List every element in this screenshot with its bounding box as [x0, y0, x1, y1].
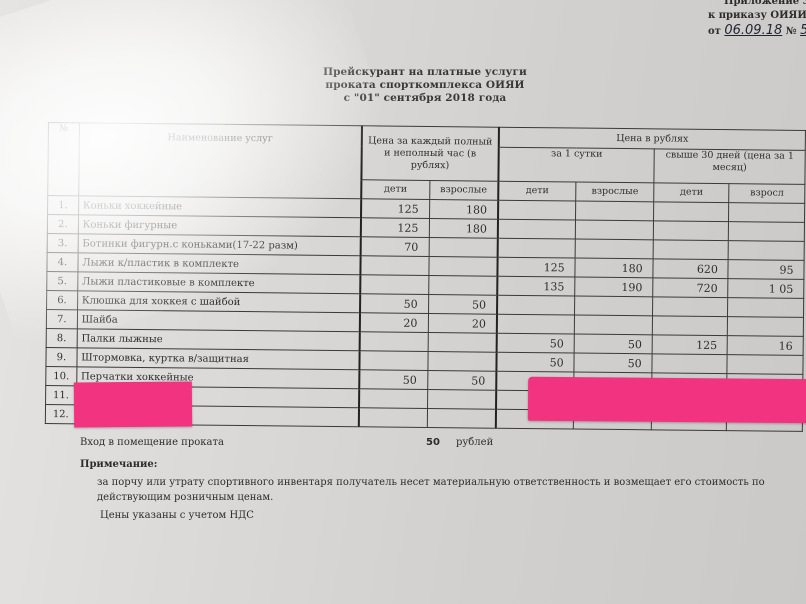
- row-number: 4.: [47, 252, 78, 271]
- month-children-price: 620: [653, 259, 728, 279]
- sticky-note-right: [528, 377, 806, 424]
- row-number: 11.: [46, 385, 77, 404]
- hourly-adults-price: 180: [429, 218, 498, 238]
- hourly-children-price: [359, 389, 427, 409]
- note-heading: Примечание:: [80, 459, 158, 470]
- day-adults-price: [575, 239, 653, 259]
- hourly-adults-price: [429, 237, 498, 257]
- title-line-3: с "01" сентября 2018 года: [300, 92, 550, 105]
- row-number: 1.: [48, 196, 79, 215]
- hourly-adults-price: 50: [427, 370, 496, 390]
- entry-label: Вход в помещение проката: [80, 437, 224, 448]
- row-number: 2.: [47, 215, 78, 234]
- hourly-children-price: [359, 351, 427, 371]
- hourly-children-price: [359, 408, 427, 428]
- day-adults-price: [575, 220, 653, 240]
- month-adults-price: [729, 241, 805, 261]
- entry-fee: Вход в помещение проката 50 рублей: [80, 437, 510, 448]
- row-number: 9.: [46, 347, 77, 366]
- approval-order: к приказу ОИЯИ: [708, 8, 806, 23]
- hourly-children-price: 50: [359, 370, 427, 390]
- hourly-adults-price: [428, 256, 497, 276]
- day-adults-price: 180: [575, 258, 653, 278]
- day-children-price: 135: [497, 276, 575, 296]
- day-children-price: [497, 295, 575, 315]
- month-adults-price: [729, 203, 805, 223]
- hourly-children-price: [360, 332, 428, 352]
- day-children-price: [498, 200, 576, 220]
- month-adults-price: 16: [728, 336, 804, 356]
- vat-note: Цены указаны с учетом НДС: [100, 510, 254, 521]
- entry-value: 50: [426, 437, 440, 448]
- header-no: №: [48, 123, 79, 196]
- month-children-price: [653, 240, 728, 260]
- header-day-adults: взрослые: [576, 182, 654, 202]
- approval-number: 55: [800, 23, 806, 38]
- month-children-price: [652, 316, 727, 336]
- hourly-adults-price: [428, 275, 497, 295]
- month-children-price: 720: [653, 278, 728, 298]
- day-adults-price: 50: [574, 334, 652, 354]
- hourly-adults-price: 50: [428, 294, 497, 314]
- month-adults-price: 1 05: [728, 279, 804, 299]
- month-children-price: 125: [652, 335, 727, 355]
- title-line-2: проката спорткомплекса ОИЯИ: [300, 79, 550, 92]
- sticky-note-left: [74, 381, 192, 427]
- hourly-adults-price: [427, 408, 496, 428]
- hourly-adults-price: 20: [428, 313, 497, 333]
- month-children-price: [654, 202, 729, 222]
- row-number: 10.: [46, 366, 77, 385]
- hourly-children-price: 125: [361, 218, 429, 238]
- month-adults-price: [727, 355, 803, 375]
- header-hourly-children: дети: [361, 180, 429, 200]
- row-number: 12.: [45, 404, 76, 423]
- header-hourly-adults: взрослые: [429, 180, 498, 200]
- title-line-1: Прейскурант на платные услуги: [300, 66, 550, 79]
- month-children-price: [652, 354, 727, 374]
- row-number: 5.: [47, 271, 78, 290]
- header-day: за 1 сутки: [498, 147, 654, 183]
- day-adults-price: [576, 201, 654, 221]
- hourly-children-price: 125: [361, 199, 429, 219]
- day-children-price: 125: [497, 257, 575, 277]
- month-children-price: [653, 221, 728, 241]
- hourly-children-price: [360, 256, 428, 276]
- hourly-children-price: [360, 275, 428, 295]
- row-number: 3.: [47, 233, 78, 252]
- header-day-children: дети: [498, 181, 576, 201]
- entry-currency: рублей: [456, 437, 493, 448]
- hourly-adults-price: 180: [429, 199, 498, 219]
- day-children-price: [497, 314, 575, 334]
- day-adults-price: [575, 296, 653, 316]
- header-month-children: дети: [654, 183, 729, 203]
- hourly-children-price: 20: [360, 313, 428, 333]
- header-hourly: Цена за каждый полный и неполный час (в …: [361, 126, 499, 181]
- row-number: 7.: [46, 309, 77, 328]
- approval-date: 06.09.18: [724, 23, 782, 38]
- hourly-children-price: 50: [360, 294, 428, 314]
- day-children-price: 50: [496, 352, 574, 372]
- day-adults-price: [574, 315, 652, 335]
- month-adults-price: [728, 317, 804, 337]
- day-adults-price: 190: [575, 277, 653, 297]
- document-title: Прейскурант на платные услуги проката сп…: [300, 66, 550, 105]
- hourly-adults-price: [427, 389, 496, 409]
- header-month-adults: взросл: [729, 184, 805, 204]
- month-adults-price: 95: [728, 260, 804, 280]
- day-children-price: [498, 238, 576, 258]
- month-adults-price: [729, 222, 805, 242]
- month-adults-price: [728, 298, 804, 318]
- note-text: за порчу или утрату спортивного инвентар…: [97, 475, 797, 505]
- approval-date-line: от 06.09.18 № 55: [708, 23, 806, 39]
- day-adults-price: 50: [574, 353, 652, 373]
- day-children-price: [498, 219, 576, 239]
- hourly-children-price: 70: [361, 237, 429, 257]
- row-number: 8.: [46, 328, 77, 347]
- approval-number-prefix: №: [786, 26, 797, 37]
- approval-prefix: от: [708, 26, 721, 37]
- header-month: свыше 30 дней (цена за 1 месяц): [654, 149, 805, 185]
- hourly-adults-price: [428, 332, 497, 352]
- hourly-adults-price: [427, 351, 496, 371]
- header-name: Наименование услуг: [78, 123, 361, 199]
- row-number: 6.: [47, 290, 78, 309]
- month-children-price: [653, 297, 728, 317]
- day-children-price: 50: [497, 333, 575, 353]
